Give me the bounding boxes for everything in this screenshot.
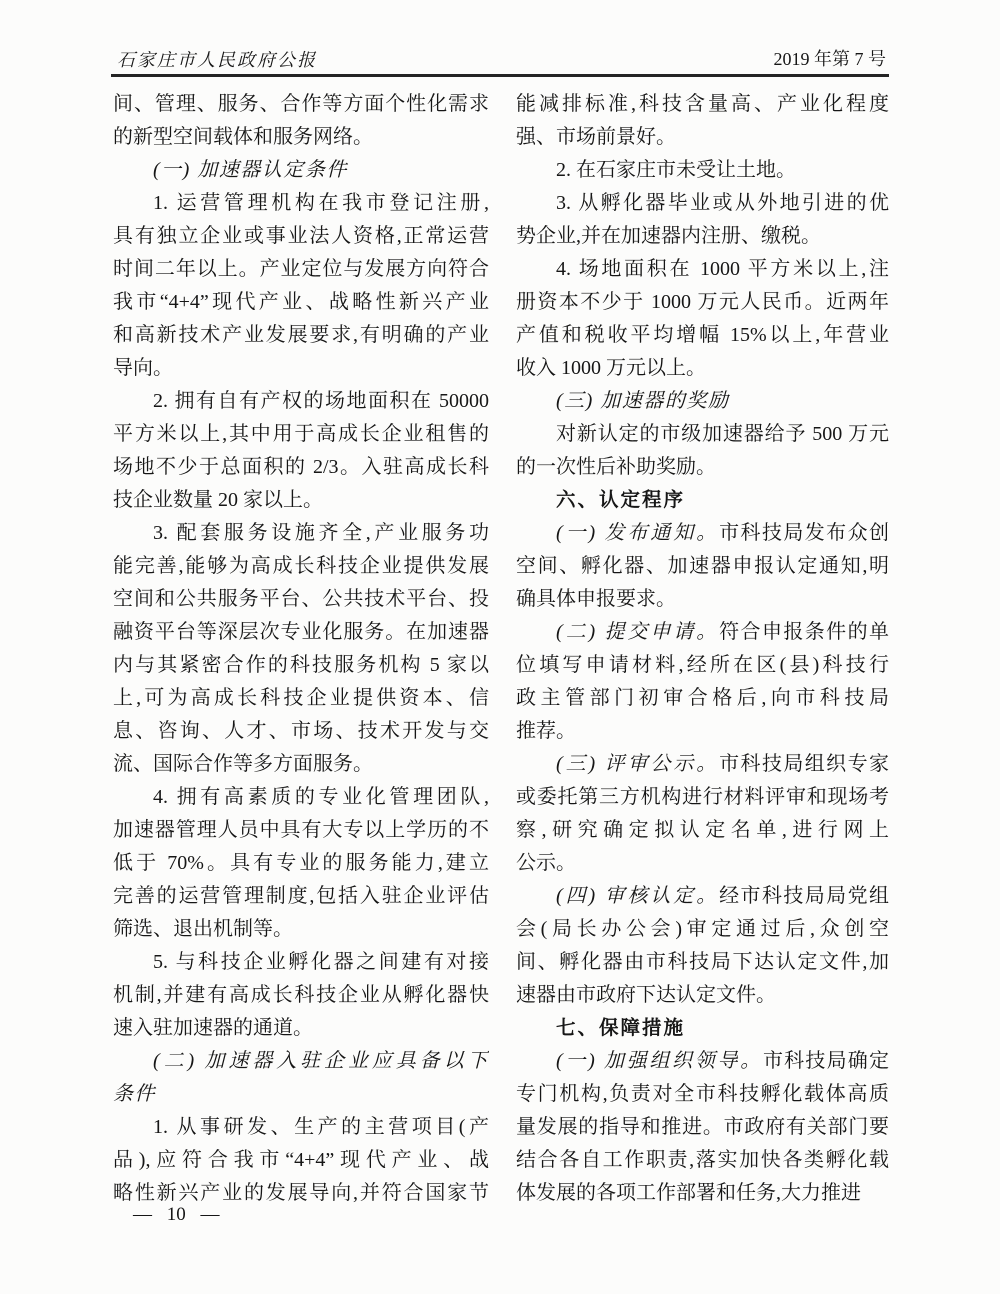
text-segment: 册资本不少于 1000 万元人民币。近两年 xyxy=(516,291,889,313)
text-segment: 空间和公共服务平台、公共技术平台、投 xyxy=(113,588,489,610)
text-segment-kai: (一) 加强组织领导。 xyxy=(556,1050,763,1072)
text-segment: 机制,并建有高成长科技企业从孵化器快 xyxy=(113,984,489,1006)
text-line: (一) 加速器认定条件 xyxy=(113,154,489,187)
text-line: 平方米以上,其中用于高成长企业租售的 xyxy=(113,418,489,451)
text-line: 对新认定的市级加速器给予 500 万元 xyxy=(516,418,889,451)
text-segment: 结合各自工作职责,落实加快各类孵化载 xyxy=(516,1149,889,1171)
text-segment-kai: (二) 提交申请。 xyxy=(556,621,719,643)
text-line: 4. 拥有高素质的专业化管理团队, xyxy=(113,781,489,814)
text-line: 品),应符合我市“4+4”现代产业、战 xyxy=(113,1144,489,1177)
text-segment: 息、咨询、人才、市场、技术开发与交 xyxy=(113,720,489,742)
text-line: 公示。 xyxy=(516,847,889,880)
text-segment: 筛选、退出机制等。 xyxy=(113,918,293,940)
text-segment: 具有独立企业或事业法人资格,正常运营 xyxy=(113,225,489,247)
text-line: (一) 加强组织领导。市科技局确定 xyxy=(516,1045,889,1078)
text-line: 量发展的指导和推进。市政府有关部门要 xyxy=(516,1111,889,1144)
text-segment: 确具体申报要求。 xyxy=(516,588,676,610)
text-line: 确具体申报要求。 xyxy=(516,583,889,616)
text-line: 内与其紧密合作的科技服务机构 5 家以 xyxy=(113,649,489,682)
text-line: (三) 加速器的奖励 xyxy=(516,385,889,418)
text-line: 速器由市政府下达认定文件。 xyxy=(516,979,889,1012)
text-segment: 的一次性后补助奖励。 xyxy=(516,456,716,478)
text-line: 位填写申请材料,经所在区(县)科技行 xyxy=(516,649,889,682)
text-line: 1. 从事研发、生产的主营项目(产 xyxy=(113,1111,489,1144)
text-segment-kai: 条件 xyxy=(113,1083,156,1105)
text-segment: 位填写申请材料,经所在区(县)科技行 xyxy=(516,654,889,676)
text-line: 结合各自工作职责,落实加快各类孵化载 xyxy=(516,1144,889,1177)
text-line: 3. 从孵化器毕业或从外地引进的优 xyxy=(516,187,889,220)
text-segment: 融资平台等深层次专业化服务。在加速器 xyxy=(113,621,489,643)
page-number: — 10 — xyxy=(133,1204,220,1225)
text-segment: 对新认定的市级加速器给予 500 万元 xyxy=(556,423,889,445)
text-segment: 流、国际合作等多方面服务。 xyxy=(113,753,373,775)
text-line: 专门机构,负责对全市科技孵化载体高质 xyxy=(516,1078,889,1111)
text-line: 完善的运营管理制度,包括入驻企业评估 xyxy=(113,880,489,913)
text-segment-bold: 七、保障措施 xyxy=(556,1017,685,1039)
text-line: 推荐。 xyxy=(516,715,889,748)
text-segment: 场地不少于总面积的 2/3。入驻高成长科 xyxy=(113,456,489,478)
text-line: 导向。 xyxy=(113,352,489,385)
text-segment: 5. 与科技企业孵化器之间建有对接 xyxy=(153,951,489,973)
text-segment: 符合申报条件的单 xyxy=(719,621,889,643)
text-segment: 市科技局发布众创 xyxy=(719,522,889,544)
text-line: 条件 xyxy=(113,1078,489,1111)
text-segment: 专门机构,负责对全市科技孵化载体高质 xyxy=(516,1083,889,1105)
text-line: 机制,并建有高成长科技企业从孵化器快 xyxy=(113,979,489,1012)
text-segment: 4. 拥有高素质的专业化管理团队, xyxy=(153,786,489,808)
text-line: 2. 拥有自有产权的场地面积在 50000 xyxy=(113,385,489,418)
text-segment: 能减排标准,科技含量高、产业化程度 xyxy=(516,93,889,115)
text-segment: 产值和税收平均增幅 15%以上,年营业 xyxy=(516,324,889,346)
text-segment: 市科技局确定 xyxy=(763,1050,889,1072)
text-segment: 加速器管理人员中具有大专以上学历的不 xyxy=(113,819,489,841)
text-segment: 量发展的指导和推进。市政府有关部门要 xyxy=(516,1116,889,1138)
text-line: 具有独立企业或事业法人资格,正常运营 xyxy=(113,220,489,253)
text-segment: 导向。 xyxy=(113,357,173,379)
text-segment-bold: 六、认定程序 xyxy=(556,489,685,511)
text-line: 政主管部门初审合格后,向市科技局 xyxy=(516,682,889,715)
text-segment-kai: (二) 加速器入驻企业应具备以下 xyxy=(153,1050,489,1072)
text-segment: 会(局长办公会)审定通过后,众创空 xyxy=(516,918,889,940)
text-segment: 速入驻加速器的通道。 xyxy=(113,1017,313,1039)
text-line: 低于 70%。具有专业的服务能力,建立 xyxy=(113,847,489,880)
text-segment: 内与其紧密合作的科技服务机构 5 家以 xyxy=(113,654,489,676)
text-segment: 收入 1000 万元以上。 xyxy=(516,357,706,379)
text-segment: 势企业,并在加速器内注册、缴税。 xyxy=(516,225,821,247)
text-segment: 体发展的各项工作部署和任务,大力推进 xyxy=(516,1182,861,1204)
text-line: 六、认定程序 xyxy=(516,484,889,517)
text-segment-kai: (四) 审核认定。 xyxy=(556,885,719,907)
text-line: (四) 审核认定。经市科技局局党组 xyxy=(516,880,889,913)
text-line: 筛选、退出机制等。 xyxy=(113,913,489,946)
text-segment: 能完善,能够为高成长科技企业提供发展 xyxy=(113,555,489,577)
text-line: 2. 在石家庄市未受让土地。 xyxy=(516,154,889,187)
text-segment: 政主管部门初审合格后,向市科技局 xyxy=(516,687,889,709)
issue-number: 2019 年第 7 号 xyxy=(774,48,887,70)
text-segment: 3. 配套服务设施齐全,产业服务功 xyxy=(153,522,489,544)
text-segment: 空间、孵化器、加速器申报认定通知,明 xyxy=(516,555,889,577)
text-segment-kai: (三) 加速器的奖励 xyxy=(556,390,729,412)
text-line: 和高新技术产业发展要求,有明确的产业 xyxy=(113,319,489,352)
text-line: (二) 加速器入驻企业应具备以下 xyxy=(113,1045,489,1078)
text-line: 七、保障措施 xyxy=(516,1012,889,1045)
text-segment: 推荐。 xyxy=(516,720,576,742)
text-segment: 强、市场前景好。 xyxy=(516,126,676,148)
text-line: 5. 与科技企业孵化器之间建有对接 xyxy=(113,946,489,979)
text-line: 融资平台等深层次专业化服务。在加速器 xyxy=(113,616,489,649)
text-line: 或委托第三方机构进行材料评审和现场考 xyxy=(516,781,889,814)
text-segment: 平方米以上,其中用于高成长企业租售的 xyxy=(113,423,489,445)
text-line: 空间、孵化器、加速器申报认定通知,明 xyxy=(516,550,889,583)
text-segment: 3. 从孵化器毕业或从外地引进的优 xyxy=(556,192,889,214)
text-segment: 时间二年以上。产业定位与发展方向符合 xyxy=(113,258,489,280)
text-segment: 速器由市政府下达认定文件。 xyxy=(516,984,776,1006)
text-segment: 经市科技局局党组 xyxy=(719,885,889,907)
text-line: 间、管理、服务、合作等方面个性化需求 xyxy=(113,88,489,121)
text-segment: 品),应符合我市“4+4”现代产业、战 xyxy=(113,1149,489,1171)
text-segment: 1. 从事研发、生产的主营项目(产 xyxy=(153,1116,489,1138)
text-segment: 技企业数量 20 家以上。 xyxy=(113,489,323,511)
text-segment: 完善的运营管理制度,包括入驻企业评估 xyxy=(113,885,489,907)
text-line: 察,研究确定拟认定名单,进行网上 xyxy=(516,814,889,847)
left-column: 间、管理、服务、合作等方面个性化需求的新型空间载体和服务网络。(一) 加速器认定… xyxy=(113,88,489,1210)
text-line: 息、咨询、人才、市场、技术开发与交 xyxy=(113,715,489,748)
text-line: 速入驻加速器的通道。 xyxy=(113,1012,489,1045)
text-line: 1. 运营管理机构在我市登记注册, xyxy=(113,187,489,220)
text-segment-kai: (三) 评审公示。 xyxy=(556,753,719,775)
text-line: 3. 配套服务设施齐全,产业服务功 xyxy=(113,517,489,550)
gazette-title: 石家庄市人民政府公报 xyxy=(117,49,317,71)
text-line: 产值和税收平均增幅 15%以上,年营业 xyxy=(516,319,889,352)
text-line: 间、孵化器由市科技局下达认定文件,加 xyxy=(516,946,889,979)
text-line: (二) 提交申请。符合申报条件的单 xyxy=(516,616,889,649)
text-line: 我市“4+4”现代产业、战略性新兴产业 xyxy=(113,286,489,319)
text-segment: 低于 70%。具有专业的服务能力,建立 xyxy=(113,852,489,874)
text-segment: 1. 运营管理机构在我市登记注册, xyxy=(153,192,489,214)
text-line: 体发展的各项工作部署和任务,大力推进 xyxy=(516,1177,889,1210)
page-footer: — 10 — xyxy=(133,1202,220,1228)
text-line: 强、市场前景好。 xyxy=(516,121,889,154)
text-line: 的新型空间载体和服务网络。 xyxy=(113,121,489,154)
text-line: 收入 1000 万元以上。 xyxy=(516,352,889,385)
gazette-page: 石家庄市人民政府公报 2019 年第 7 号 间、管理、服务、合作等方面个性化需… xyxy=(0,0,1000,1294)
text-line: 场地不少于总面积的 2/3。入驻高成长科 xyxy=(113,451,489,484)
text-line: 会(局长办公会)审定通过后,众创空 xyxy=(516,913,889,946)
right-column: 能减排标准,科技含量高、产业化程度强、市场前景好。2. 在石家庄市未受让土地。3… xyxy=(516,88,889,1210)
text-line: 能完善,能够为高成长科技企业提供发展 xyxy=(113,550,489,583)
text-segment: 察,研究确定拟认定名单,进行网上 xyxy=(516,819,889,841)
text-segment: 的新型空间载体和服务网络。 xyxy=(113,126,373,148)
text-line: 技企业数量 20 家以上。 xyxy=(113,484,489,517)
text-segment: 4. 场地面积在 1000 平方米以上,注 xyxy=(556,258,889,280)
text-segment: 间、管理、服务、合作等方面个性化需求 xyxy=(113,93,489,115)
text-line: 的一次性后补助奖励。 xyxy=(516,451,889,484)
text-line: (三) 评审公示。市科技局组织专家 xyxy=(516,748,889,781)
text-line: 册资本不少于 1000 万元人民币。近两年 xyxy=(516,286,889,319)
text-segment: 我市“4+4”现代产业、战略性新兴产业 xyxy=(113,291,489,313)
text-segment: 间、孵化器由市科技局下达认定文件,加 xyxy=(516,951,889,973)
text-line: 4. 场地面积在 1000 平方米以上,注 xyxy=(516,253,889,286)
text-segment: 市科技局组织专家 xyxy=(719,753,889,775)
text-segment: 2. 拥有自有产权的场地面积在 50000 xyxy=(153,390,489,412)
text-segment: 略性新兴产业的发展导向,并符合国家节 xyxy=(113,1182,489,1204)
text-line: 空间和公共服务平台、公共技术平台、投 xyxy=(113,583,489,616)
header-divider xyxy=(111,74,889,77)
text-segment: 上,可为高成长科技企业提供资本、信 xyxy=(113,687,489,709)
text-segment-kai: (一) 发布通知。 xyxy=(556,522,719,544)
text-segment: 和高新技术产业发展要求,有明确的产业 xyxy=(113,324,489,346)
text-line: 势企业,并在加速器内注册、缴税。 xyxy=(516,220,889,253)
text-segment-kai: (一) 加速器认定条件 xyxy=(153,159,348,181)
text-line: 流、国际合作等多方面服务。 xyxy=(113,748,489,781)
text-segment: 公示。 xyxy=(516,852,576,874)
text-line: 加速器管理人员中具有大专以上学历的不 xyxy=(113,814,489,847)
text-segment: 2. 在石家庄市未受让土地。 xyxy=(556,159,796,181)
text-segment: 或委托第三方机构进行材料评审和现场考 xyxy=(516,786,889,808)
text-line: 时间二年以上。产业定位与发展方向符合 xyxy=(113,253,489,286)
text-line: 能减排标准,科技含量高、产业化程度 xyxy=(516,88,889,121)
text-line: 上,可为高成长科技企业提供资本、信 xyxy=(113,682,489,715)
text-line: (一) 发布通知。市科技局发布众创 xyxy=(516,517,889,550)
